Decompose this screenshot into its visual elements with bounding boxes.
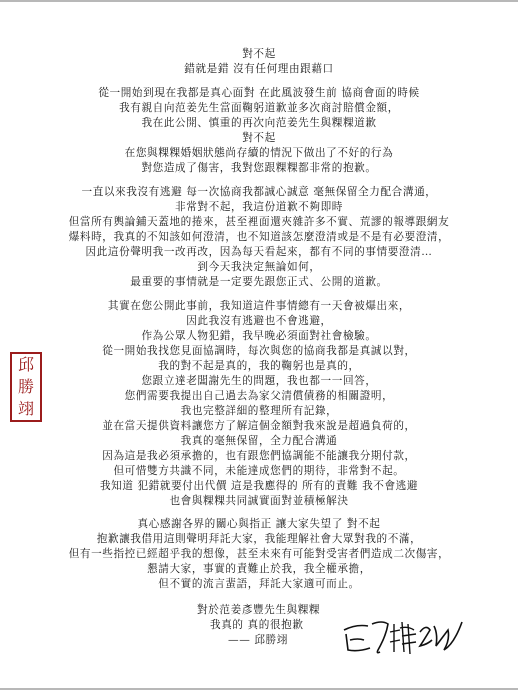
paragraph-line: 在您與粿粿婚姻狀態尚存續的情況下做出了不好的行為: [0, 146, 518, 160]
seal-char: 翊: [18, 400, 34, 418]
paragraph-line: 從一開始我找您見面協調時，每次與您的協商我都是真誠以對，: [0, 344, 518, 358]
paragraph-line: 我真的毫無保留，全力配合溝通: [0, 434, 518, 448]
paragraph-line: 但不實的流言蜚語，拜託大家適可而止。: [0, 577, 518, 591]
paragraph-line: 對不起: [0, 131, 518, 145]
paragraph-line: 懇請大家，事實的責難止於我，我全權承擔，: [0, 562, 518, 576]
paragraph-line: 一直以來我沒有逃避 每一次協商我都誠心誠意 毫無保留全力配合溝通，: [0, 185, 518, 199]
paragraph-line: 到今天我決定無論如何，: [0, 260, 518, 274]
seal-char: 邱: [18, 356, 34, 374]
paragraph-line: 因此我沒有逃避也不會逃避，: [0, 314, 518, 328]
paragraph-line: 但當所有輿論鋪天蓋地的捲來，甚至裡面還夾雜許多不實、荒謬的報導跟網友: [0, 215, 518, 229]
paragraph-line: 我有親自向范姜先生當面鞠躬道歉並多次商討賠償金額，: [0, 101, 518, 115]
paragraph-line: 對您造成了傷害，我對您跟粿粿都非常的抱歉。: [0, 161, 518, 175]
top-border: [0, 0, 518, 2]
paragraph-line: 我的對不起是真的，我的鞠躬也是真的，: [0, 359, 518, 373]
paragraph-line: 真心感謝各界的關心與指正 讓大家失望了 對不起: [0, 517, 518, 531]
paragraph-line: 我在此公開、慎重的再次向范姜先生與粿粿道歉: [0, 116, 518, 130]
closing-author: —— 邱勝翊: [228, 633, 288, 647]
handwritten-signature: [338, 610, 468, 658]
paragraph-line: 因為這是我必須承擔的，也有跟您們協調能不能讓我分期付款，: [0, 449, 518, 463]
paragraph-line: 因此這份聲明我一改再改，因為每天看起來，都有不同的事情要澄清…: [0, 245, 518, 259]
paragraph-line: 從一開始到現在我都是真心面對 在此風波發生前 協商會面的時候: [0, 86, 518, 100]
paragraph-line: 您們需要我提出自己過去為家父清償債務的相關證明，: [0, 389, 518, 403]
paragraph-line: 爆料時，我真的不知該如何澄清，也不知道該怎麼澄清或是不是有必要澄清，: [0, 230, 518, 244]
paragraph-line: 作為公眾人物犯錯，我早晚必須面對社會檢驗。: [0, 329, 518, 343]
paragraph-line: 其實在您公開此事前，我知道這件事情總有一天會被爆出來，: [0, 299, 518, 313]
seal-char: 勝: [18, 378, 34, 396]
closing-line: 對於范姜彥豐先生與粿粿: [197, 603, 320, 617]
paragraph-line: 您跟立達老闆謝先生的問題，我也都一一回答，: [0, 374, 518, 388]
paragraph-line: 非常對不起，我這份道歉不夠即時: [0, 200, 518, 214]
paragraph-line: 也會與粿粿共同誠實面對並積極解決: [0, 494, 518, 508]
paragraph-line: 抱歉讓我借用這則聲明拜託大家，我能理解社會大眾對我的不滿，: [0, 532, 518, 546]
red-seal-stamp: 邱 勝 翊: [10, 352, 42, 422]
letter-title: 對不起: [0, 47, 518, 61]
closing-line: 我真的 真的很抱歉: [210, 618, 304, 632]
paragraph-line: 並在當天提供資料讓您方了解這個金額對我來說是超過負荷的，: [0, 419, 518, 433]
paragraph-line: 我知道 犯錯就要付出代價 這是我應得的 所有的責難 我不會逃避: [0, 479, 518, 493]
paragraph-line: 但可惜雙方共識不同，未能達成您們的期待，非常對不起。: [0, 464, 518, 478]
letter-subtitle: 錯就是錯 沒有任何理由跟藉口: [0, 62, 518, 76]
paragraph-line: 但有一些指控已經超乎我的想像，甚至未來有可能對受害者們造成二次傷害，: [0, 547, 518, 561]
paragraph-line: 最重要的事情就是一定要先跟您正式、公開的道歉。: [0, 275, 518, 289]
paragraph-line: 我也完整詳細的整理所有記錄，: [0, 404, 518, 418]
